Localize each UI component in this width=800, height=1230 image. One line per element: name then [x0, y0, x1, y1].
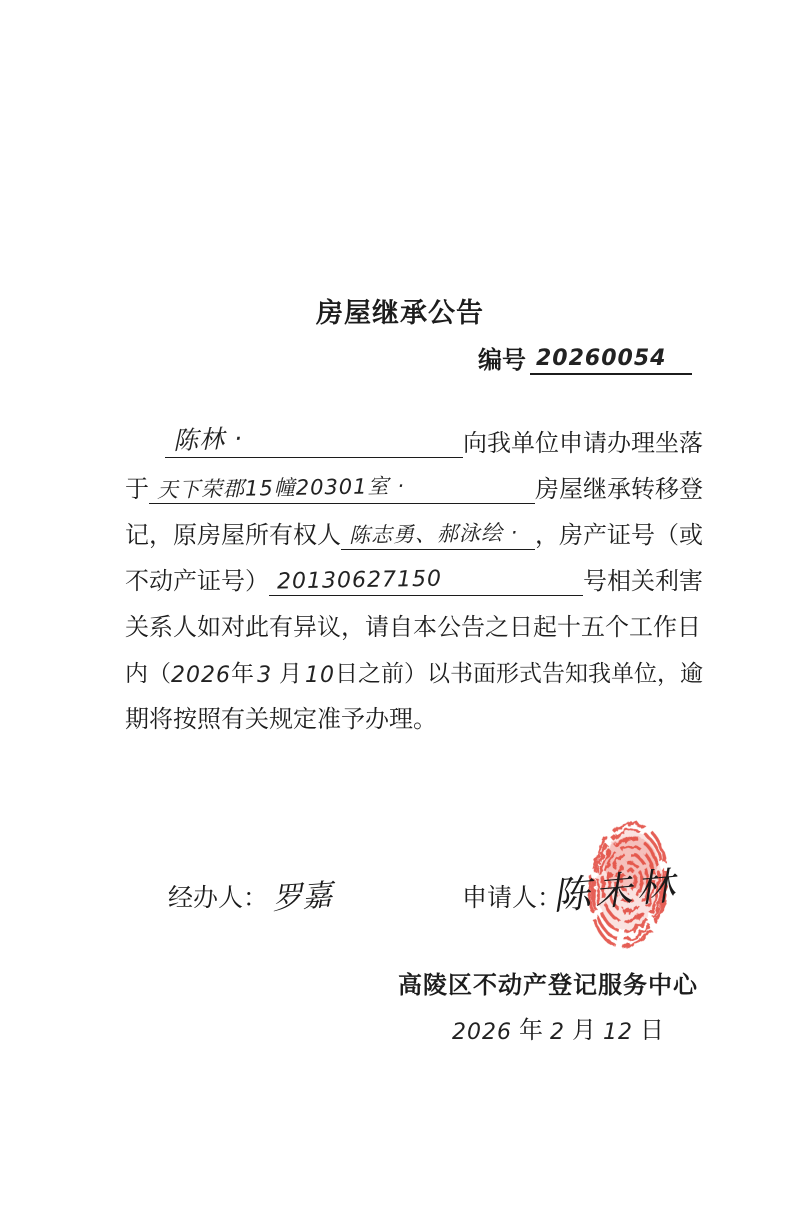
page-title: 房屋继承公告 — [0, 291, 800, 330]
date-day: 12 — [603, 1020, 633, 1045]
body-paragraph: 陈林 · 向我单位申请办理坐落 于 天下荣郡15幢20301室 · 房屋继承转移… — [125, 412, 703, 734]
applicant-label: 申请人： — [462, 878, 562, 914]
blank-applicant-name: 陈林 · — [165, 420, 463, 458]
body-line-7: 期将按照有关规定准予办理。 — [125, 688, 703, 734]
line1-text: 向我单位申请办理坐落 — [463, 423, 703, 458]
line6-year-unit: 年 — [231, 655, 254, 688]
date-month: 2 — [550, 1020, 565, 1045]
line2-prefix: 于 — [125, 469, 149, 504]
line4-prefix: 不动产证号） — [125, 561, 269, 596]
issue-date: 2026 年 2 月 12 日 — [452, 1010, 664, 1045]
body-line-2: 于 天下荣郡15幢20301室 · 房屋继承转移登 — [125, 458, 703, 504]
applicant-signature: 陈未林 — [550, 855, 680, 921]
serial-label: 编号 — [478, 340, 526, 375]
body-line-1: 陈林 · 向我单位申请办理坐落 — [125, 412, 703, 458]
date-year-unit: 年 — [519, 1010, 543, 1045]
body-line-6: 内（ 2026 年 3 月 10 日之前）以书面形式告知我单位，逾 — [125, 642, 703, 688]
handler-signature: 罗嘉 — [271, 870, 334, 918]
scanned-notice-page: 房屋继承公告 编号 20260054 陈林 · 向我单位申请办理坐落 于 天下荣… — [0, 0, 800, 1230]
blank-property-address: 天下荣郡15幢20301室 · — [149, 472, 535, 504]
date-year: 2026 — [452, 1020, 512, 1045]
hw-deadline-day: 10 — [305, 663, 335, 688]
blank-certificate-number: 20130627150 — [269, 566, 583, 596]
line6-month-unit: 月 — [279, 655, 302, 688]
serial-blank: 20260054 — [530, 344, 692, 375]
hw-deadline-year: 2026 — [171, 663, 231, 688]
line2-suffix: 房屋继承转移登 — [535, 469, 703, 504]
line3-suffix: ，房产证号（或 — [535, 515, 703, 550]
date-month-unit: 月 — [572, 1010, 596, 1045]
line6-open: 内（ — [125, 655, 171, 688]
body-line-3: 记，原房屋所有权人 陈志勇、郝泳绘 · ，房产证号（或 — [125, 504, 703, 550]
body-line-4: 不动产证号） 20130627150 号相关利害 — [125, 550, 703, 596]
serial-value: 20260054 — [536, 346, 666, 371]
hw-deadline-month: 3 — [257, 663, 272, 688]
line4-suffix: 号相关利害 — [583, 561, 703, 596]
line3-prefix: 记，原房屋所有权人 — [125, 515, 341, 550]
line6-close: 日之前）以书面形式告知我单位，逾 — [335, 655, 703, 688]
blank-owner-names: 陈志勇、郝泳绘 · — [341, 518, 535, 550]
handler-label: 经办人： — [168, 878, 268, 914]
serial-row: 编号 20260054 — [478, 340, 692, 375]
body-line-5: 关系人如对此有异议，请自本公告之日起十五个工作日 — [125, 596, 703, 642]
date-day-unit: 日 — [640, 1010, 664, 1045]
issuing-org-name: 高陵区不动产登记服务中心 — [398, 965, 698, 1000]
